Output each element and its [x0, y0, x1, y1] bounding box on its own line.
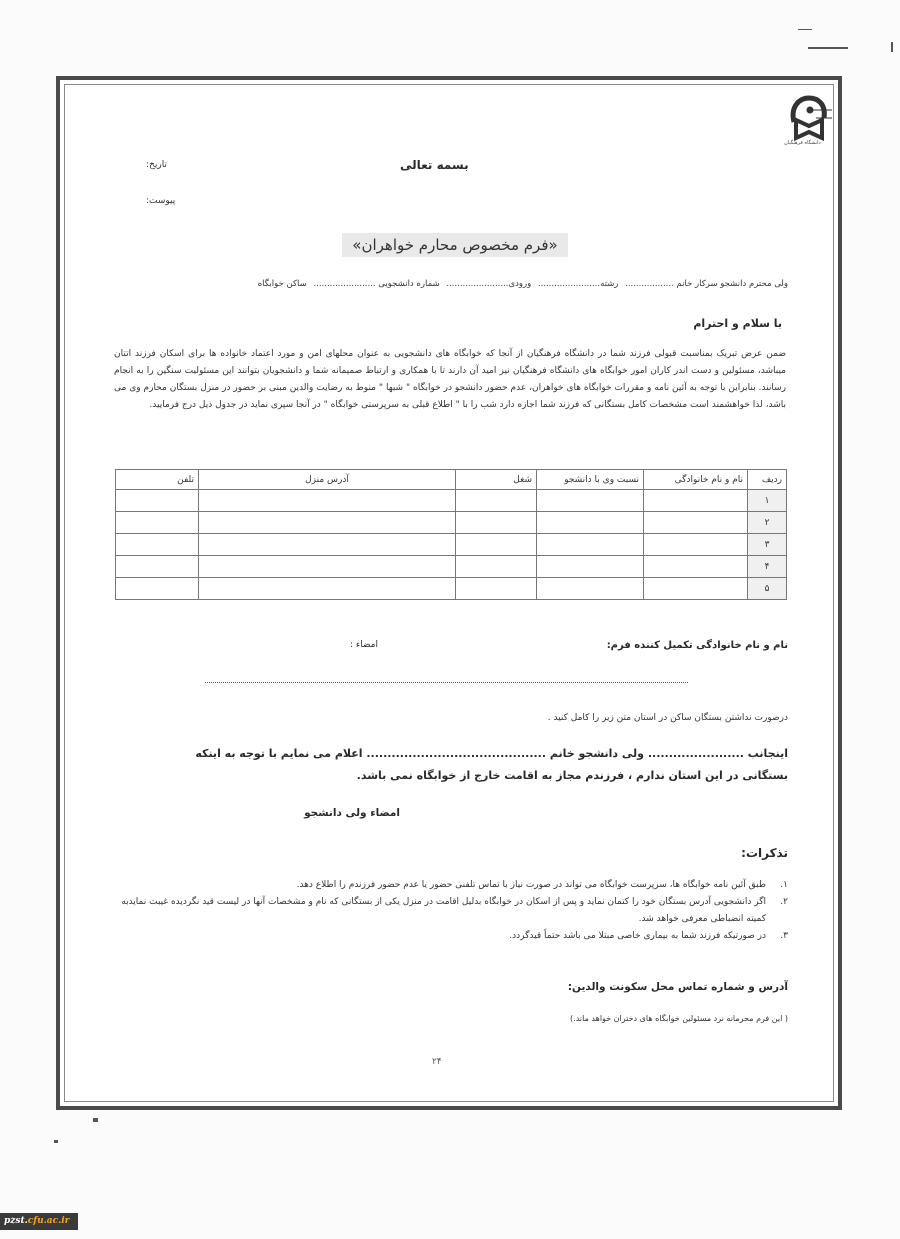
- relatives-table: ردیف نام و نام خانوادگی نسبت وی با دانشج…: [115, 469, 787, 600]
- scan-mark: [54, 1140, 58, 1143]
- scan-mark: [798, 29, 812, 30]
- cell-occupation[interactable]: [456, 556, 537, 578]
- form-title: «فرم مخصوص محارم خواهران»: [342, 233, 568, 257]
- page-number: ۲۴: [432, 1057, 442, 1067]
- student-number-field[interactable]: شماره دانشجویی .......................: [313, 279, 439, 289]
- note-text: طبق آئین نامه خوابگاه ها، سرپرست خوابگاه…: [297, 880, 766, 890]
- note-number: ۱.: [780, 877, 788, 894]
- cell-occupation[interactable]: [456, 512, 537, 534]
- header-address: آدرس منزل: [199, 470, 456, 490]
- cell-full-name[interactable]: [644, 534, 748, 556]
- cell-address[interactable]: [199, 556, 456, 578]
- cell-address[interactable]: [199, 578, 456, 600]
- cell-relation[interactable]: [537, 556, 644, 578]
- date-label: تاریخ:: [146, 160, 167, 170]
- row-number: ۴: [748, 556, 787, 578]
- cell-address[interactable]: [199, 534, 456, 556]
- notes-list: ۱.طبق آئین نامه خوابگاه ها، سرپرست خوابگ…: [108, 877, 788, 945]
- note-number: ۳.: [780, 928, 788, 945]
- row-number: ۵: [748, 578, 787, 600]
- cell-full-name[interactable]: [644, 490, 748, 512]
- filler-name-label: نام و نام خانوادگی تکمیل کننده فرم:: [607, 640, 788, 651]
- note-item: ۱.طبق آئین نامه خوابگاه ها، سرپرست خوابگ…: [108, 877, 788, 894]
- header-row-number: ردیف: [748, 470, 787, 490]
- logo-caption: دانشگاه فرهنگیان: [784, 140, 821, 146]
- cell-relation[interactable]: [537, 490, 644, 512]
- header-relation: نسبت وی با دانشجو: [537, 470, 644, 490]
- guardian-declaration: اینجانب ....................... ولی دانش…: [158, 743, 788, 787]
- guardian-field[interactable]: ولی محترم دانشجو سرکار خانم ............…: [625, 279, 788, 289]
- note-text: در صورتیکه فرزند شما به بیماری خاصی مبتل…: [509, 931, 766, 941]
- scan-mark: [93, 1118, 98, 1122]
- table-row: ۴: [116, 556, 787, 578]
- filler-signature-label: امضاء :: [350, 640, 378, 650]
- bismillah-heading: بسمه تعالی: [400, 158, 469, 172]
- header-full-name: نام و نام خانوادگی: [644, 470, 748, 490]
- cell-occupation[interactable]: [456, 490, 537, 512]
- cell-occupation[interactable]: [456, 578, 537, 600]
- major-field[interactable]: رشته.......................: [538, 279, 619, 289]
- guardian-signature-label: امضاء ولی دانشجو: [304, 807, 400, 819]
- table-row: ۱: [116, 490, 787, 512]
- attachment-label: پیوست:: [146, 196, 175, 206]
- row-number: ۱: [748, 490, 787, 512]
- university-logo-icon: [786, 94, 832, 146]
- note-number: ۲.: [780, 894, 788, 911]
- cell-full-name[interactable]: [644, 556, 748, 578]
- cell-relation[interactable]: [537, 534, 644, 556]
- table-row: ۳: [116, 534, 787, 556]
- greeting: با سلام و احترام: [693, 317, 782, 330]
- cell-relation[interactable]: [537, 512, 644, 534]
- cell-phone[interactable]: [116, 556, 199, 578]
- header-occupation: شغل: [456, 470, 537, 490]
- notes-title: تذکرات:: [741, 846, 788, 860]
- cell-relation[interactable]: [537, 578, 644, 600]
- cell-occupation[interactable]: [456, 534, 537, 556]
- site-watermark: pzst.cfu.ac.ir: [0, 1213, 78, 1230]
- table-header-row: ردیف نام و نام خانوادگی نسبت وی با دانشج…: [116, 470, 787, 490]
- row-number: ۲: [748, 512, 787, 534]
- scan-mark: [808, 47, 848, 49]
- scan-mark: [891, 42, 893, 52]
- cell-phone[interactable]: [116, 490, 199, 512]
- dorm-field: ساکن خوابگاه: [258, 279, 307, 289]
- cell-full-name[interactable]: [644, 578, 748, 600]
- header-phone: تلفن: [116, 470, 199, 490]
- cell-phone[interactable]: [116, 534, 199, 556]
- note-item: ۲.اگر دانشجویی آدرس بستگان خود را کتمان …: [108, 894, 788, 928]
- note-item: ۳.در صورتیکه فرزند شما به بیماری خاصی مب…: [108, 928, 788, 945]
- no-family-note: درصورت نداشتن بستگان ساکن در استان متن ز…: [548, 713, 788, 723]
- cell-phone[interactable]: [116, 512, 199, 534]
- table-row: ۵: [116, 578, 787, 600]
- entry-field[interactable]: ورودی.......................: [446, 279, 531, 289]
- intro-paragraph: ضمن عرض تبریک بمناسبت قبولی فرزند شما در…: [114, 346, 786, 414]
- cell-address[interactable]: [199, 512, 456, 534]
- cell-phone[interactable]: [116, 578, 199, 600]
- filler-dotted-line[interactable]: [205, 682, 688, 683]
- cell-full-name[interactable]: [644, 512, 748, 534]
- table-row: ۲: [116, 512, 787, 534]
- confidential-note: ( این فرم محرمانه نزد مسئولین خوابگاه ها…: [570, 1014, 788, 1023]
- student-info-line: ولی محترم دانشجو سرکار خانم ............…: [130, 279, 788, 289]
- parents-address-title: آدرس و شماره تماس محل سکونت والدین:: [568, 981, 788, 993]
- note-text: اگر دانشجویی آدرس بستگان خود را کتمان نم…: [121, 897, 766, 924]
- cell-address[interactable]: [199, 490, 456, 512]
- row-number: ۳: [748, 534, 787, 556]
